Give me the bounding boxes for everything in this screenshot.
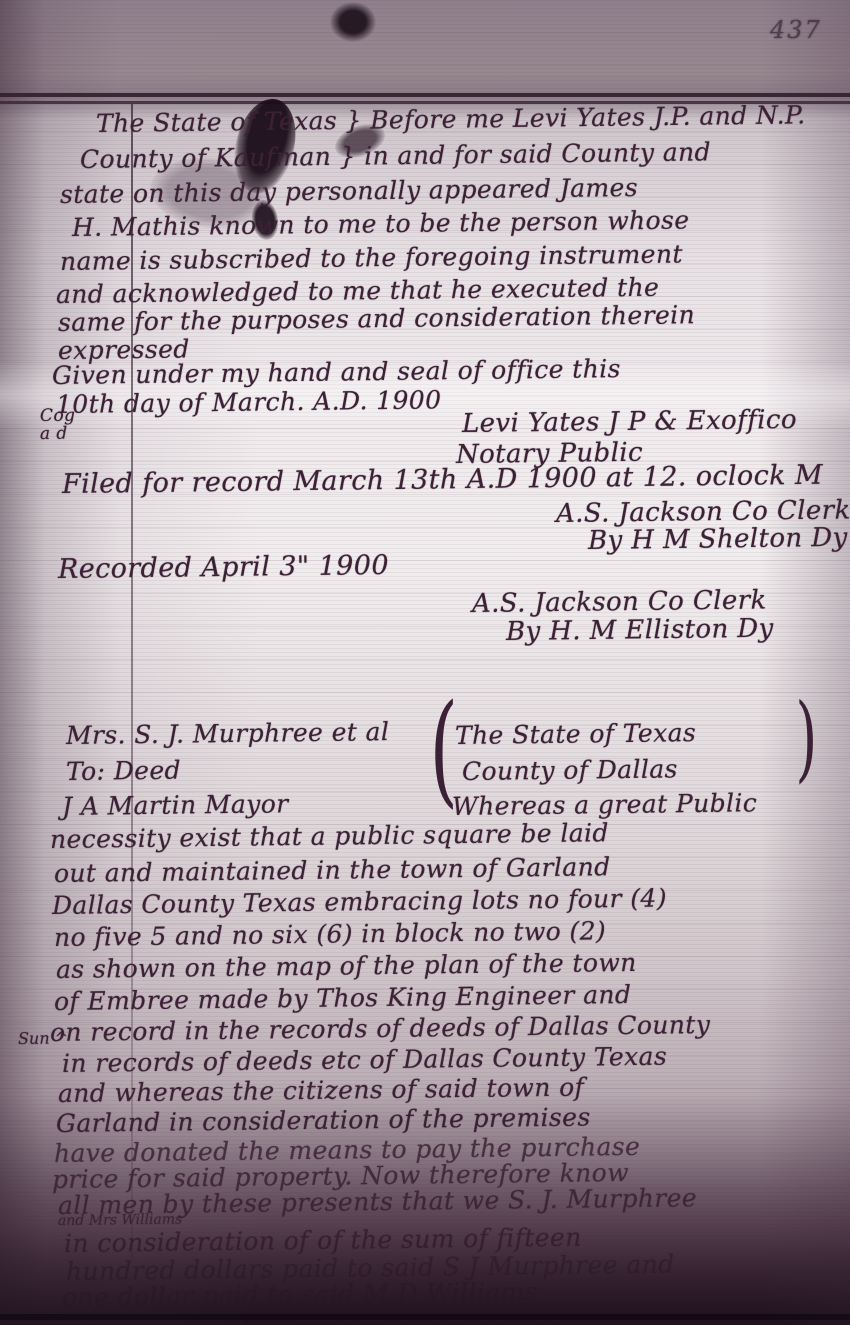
notary-signature: Levi Yates J P & Exoffico <box>462 406 797 439</box>
grantee-line: J A Martin Mayor <box>62 790 289 820</box>
seal-scribble: a d <box>40 426 68 443</box>
page-number: 437 <box>770 16 822 44</box>
deed-body-line: on record in the records of deeds of Dal… <box>50 1011 711 1047</box>
ack-line: Given under my hand and seal of office t… <box>52 355 621 389</box>
deed-body-line: Dallas County Texas embracing lots no fo… <box>52 884 667 919</box>
deed-body-line: no five 5 and no six (6) in block no two… <box>54 917 606 951</box>
ack-line: name is subscribed to the foregoing inst… <box>60 240 683 275</box>
deed-body-line: necessity exist that a public square be … <box>50 819 609 853</box>
ledger-top-rule <box>0 93 850 97</box>
ack-line: state on this day personally appeared Ja… <box>60 174 638 209</box>
grantor-line: Mrs. S. J. Murphree et al <box>66 718 390 749</box>
ink-blot <box>330 2 376 42</box>
venue-state-line: The State of Texas <box>455 719 697 749</box>
deed-body-line: to us paid by the citizens of the town o… <box>60 1299 577 1325</box>
deed-body-line: as shown on the map of the plan of the t… <box>56 949 637 984</box>
deed-body-line: and whereas the citizens of said town of <box>58 1074 585 1108</box>
venue-county-line: County of Dallas <box>462 755 678 785</box>
recorded-line: Recorded April 3" 1900 <box>58 551 389 585</box>
filed-line: Filed for record March 13th A.D 1900 at … <box>62 461 823 500</box>
margin-note: Sun ^ <box>18 1029 68 1047</box>
ack-line: same for the purposes and consideration … <box>58 301 695 336</box>
scanned-deed-record-page: 437 The State of Texas } Before me Levi … <box>0 0 850 1325</box>
ack-line: H. Mathis known to me to be the person w… <box>72 206 690 241</box>
deed-body-line: out and maintained in the town of Garlan… <box>54 853 611 887</box>
ack-line: The State of Texas } Before me Levi Yate… <box>96 101 806 137</box>
deed-body-line: of Embree made by Thos King Engineer and <box>54 981 632 1016</box>
filed-deputy-signature: By H M Shelton Dy <box>588 524 848 556</box>
recorded-deputy-signature: By H. M Elliston Dy <box>506 615 774 647</box>
deed-body-line: Garland in consideration of the premises <box>56 1103 591 1137</box>
ack-line: 10th day of March. A.D. 1900 <box>56 386 442 418</box>
venue-close-brace: ) <box>795 692 817 786</box>
bottom-edge-line <box>0 1314 850 1320</box>
ack-line: County of Kaufman } in and for said Coun… <box>80 138 711 173</box>
deed-whereas-line: Whereas a great Public <box>452 789 758 820</box>
seal-scribble: Cog <box>40 408 76 425</box>
instrument-type-line: To: Deed <box>66 757 181 786</box>
